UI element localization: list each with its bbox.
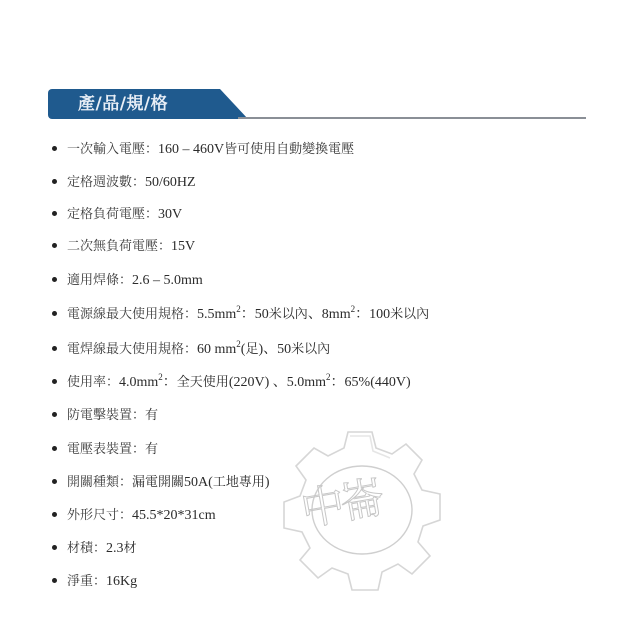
bullet-icon — [52, 446, 57, 451]
spec-item-voltmeter: 電壓表裝置：有 — [52, 440, 158, 460]
header-divider — [238, 117, 586, 119]
spec-item-no-load-voltage: 二次無負荷電壓：15V — [52, 237, 195, 257]
bullet-icon — [52, 512, 57, 517]
spec-item-electrode: 適用焊條：2.6 – 5.0mm — [52, 271, 203, 291]
bullet-icon — [52, 146, 57, 151]
spec-item-welding-cable: 電焊線最大使用規格：60 mm2(足)、50米以內 — [52, 340, 330, 360]
section-title: 產/品/規/格 — [78, 93, 168, 115]
gear-logo-icon: 中崙 — [262, 428, 452, 598]
bullet-icon — [52, 243, 57, 248]
bullet-icon — [52, 346, 57, 351]
spec-item-dimensions: 外形尺寸：45.5*20*31cm — [52, 506, 216, 526]
spec-item-input-voltage: 一次輸入電壓：160 – 460V皆可使用自動變換電壓 — [52, 140, 354, 160]
bullet-icon — [52, 211, 57, 216]
spec-item-volume: 材積：2.3材 — [52, 539, 137, 559]
spec-item-frequency: 定格週波數：50/60HZ — [52, 173, 196, 193]
spec-item-switch-type: 開關種類：漏電開關50A(工地專用) — [52, 473, 270, 493]
spec-item-shock-protection: 防電擊裝置：有 — [52, 406, 158, 426]
bullet-icon — [52, 479, 57, 484]
bullet-icon — [52, 311, 57, 316]
spec-item-power-cable: 電源線最大使用規格：5.5mm2：50米以內、8mm2：100米以內 — [52, 305, 429, 325]
gear-watermark-icon — [262, 428, 452, 598]
section-header: 產/品/規/格 — [48, 89, 588, 120]
bullet-icon — [52, 578, 57, 583]
spec-item-duty-cycle: 使用率：4.0mm2：全天使用(220V) 、5.0mm2：65%(440V) — [52, 373, 411, 393]
bullet-icon — [52, 379, 57, 384]
spec-item-net-weight: 淨重：16Kg — [52, 572, 137, 592]
bullet-icon — [52, 545, 57, 550]
bullet-icon — [52, 412, 57, 417]
spec-item-load-voltage: 定格負荷電壓：30V — [52, 205, 182, 225]
bullet-icon — [52, 179, 57, 184]
bullet-icon — [52, 277, 57, 282]
